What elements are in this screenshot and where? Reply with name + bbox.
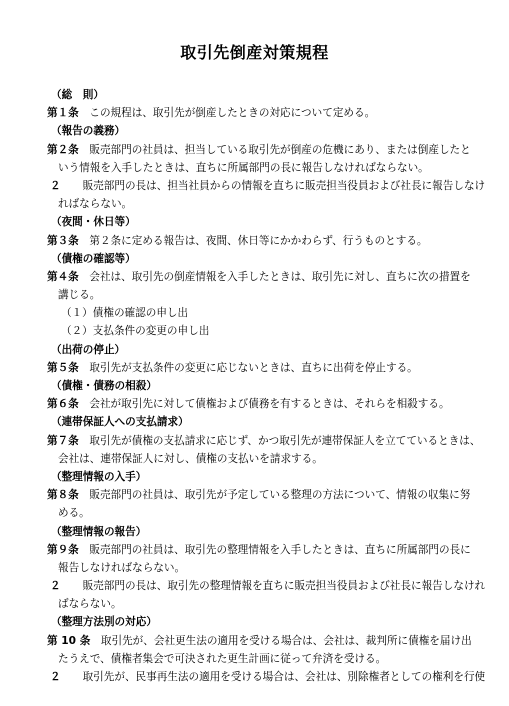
article-line: 第７条 取引先が債権の支払請求に応じず、かつ取引先が連帯保証人を立てているときは… <box>47 432 447 450</box>
article-number: 第１条 <box>47 104 79 122</box>
article-line: 第２条 販売部門の社員は、担当している取引先が倒産の危機にあり、または倒産したと <box>47 141 447 159</box>
paragraph-number: ２ <box>47 177 72 195</box>
section-heading: （出荷の停止） <box>47 341 447 359</box>
continuation-line: ればならない。 <box>47 195 447 213</box>
article-line: 第６条 会社が取引先に対して債権および債務を有するときは、それらを相殺する。 <box>47 395 447 413</box>
article-line: 第３条 第２条に定める報告は、夜間、休日等にかかわらず、行うものとする。 <box>47 232 447 250</box>
document-title: 取引先倒産対策規程 <box>0 40 509 63</box>
article-number: 第６条 <box>47 395 79 413</box>
paragraph-text: 販売部門の長は、担当社員からの情報を直ちに販売担当役員および社長に報告しなけ <box>72 180 485 192</box>
article-text: この規程は、取引先が倒産したときの対応について定める。 <box>79 107 375 119</box>
article-line: 第４条 会社は、取引先の倒産情報を入手したときは、取引先に対し、直ちに次の措置を <box>47 268 447 286</box>
article-line: 第８条 販売部門の社員は、取引先が予定している整理の方法について、情報の収集に努 <box>47 486 447 504</box>
document-body: （総 則）第１条 この規程は、取引先が倒産したときの対応について定める。（報告の… <box>47 86 447 686</box>
article-number: 第５条 <box>47 359 79 377</box>
article-text: 会社が取引先に対して債権および債務を有するときは、それらを相殺する。 <box>79 398 450 410</box>
article-number: 第４条 <box>47 268 79 286</box>
article-number: 第３条 <box>47 232 79 250</box>
continuation-line: 報告しなければならない。 <box>47 559 447 577</box>
continuation-line: める。 <box>47 504 447 522</box>
paragraph-number: ２ <box>47 577 72 595</box>
list-item: （２）支払条件の変更の申し出 <box>47 322 447 340</box>
article-number: 第７条 <box>47 432 79 450</box>
article-text: 第２条に定める報告は、夜間、休日等にかかわらず、行うものとする。 <box>79 235 428 247</box>
paragraph-line: ２ 取引先が、民事再生法の適用を受ける場合は、会社は、別除権者としての権利を行使 <box>47 668 447 686</box>
list-item: （１）債権の確認の申し出 <box>47 304 447 322</box>
document-page: 取引先倒産対策規程 （総 則）第１条 この規程は、取引先が倒産したときの対応につ… <box>0 0 509 706</box>
section-heading: （連帯保証人への支払請求） <box>47 413 447 431</box>
section-heading: （整理情報の報告） <box>47 523 447 541</box>
continuation-line: 会社は、連帯保証人に対し、債権の支払いを請求する。 <box>47 450 447 468</box>
article-text: 取引先が、会社更生法の適用を受ける場合は、会社は、裁判所に債権を届け出 <box>90 635 471 647</box>
article-line: 第９条 販売部門の社員は、取引先の整理情報を入手したときは、直ちに所属部門の長に <box>47 541 447 559</box>
paragraph-line: ２ 販売部門の長は、取引先の整理情報を直ちに販売担当役員および社長に報告しなけれ <box>47 577 447 595</box>
continuation-line: ばならない。 <box>47 595 447 613</box>
continuation-line: いう情報を入手したときは、直ちに所属部門の長に報告しなければならない。 <box>47 159 447 177</box>
continuation-line: 講じる。 <box>47 286 447 304</box>
section-heading: （債権の確認等） <box>47 250 447 268</box>
section-heading: （総 則） <box>47 86 447 104</box>
article-text: 販売部門の社員は、取引先の整理情報を入手したときは、直ちに所属部門の長に <box>79 544 471 556</box>
paragraph-text: 取引先が、民事再生法の適用を受ける場合は、会社は、別除権者としての権利を行使 <box>72 671 485 683</box>
section-heading: （報告の義務） <box>47 122 447 140</box>
article-text: 販売部門の社員は、担当している取引先が倒産の危機にあり、または倒産したと <box>79 144 471 156</box>
article-number: 第 10 条 <box>47 632 90 650</box>
continuation-line: たうえで、債権者集会で可決された更生計画に従って弁済を受ける。 <box>47 650 447 668</box>
article-line: 第５条 取引先が支払条件の変更に応じないときは、直ちに出荷を停止する。 <box>47 359 447 377</box>
article-line: 第 10 条 取引先が、会社更生法の適用を受ける場合は、会社は、裁判所に債権を届… <box>47 632 447 650</box>
paragraph-line: ２ 販売部門の長は、担当社員からの情報を直ちに販売担当役員および社長に報告しなけ <box>47 177 447 195</box>
article-text: 取引先が支払条件の変更に応じないときは、直ちに出荷を停止する。 <box>79 362 418 374</box>
paragraph-number: ２ <box>47 668 72 686</box>
article-text: 販売部門の社員は、取引先が予定している整理の方法について、情報の収集に努 <box>79 489 471 501</box>
paragraph-text: 販売部門の長は、取引先の整理情報を直ちに販売担当役員および社長に報告しなけれ <box>72 580 485 592</box>
section-heading: （債権・債務の相殺） <box>47 377 447 395</box>
section-heading: （整理方法別の対応） <box>47 613 447 631</box>
article-number: 第９条 <box>47 541 79 559</box>
article-number: 第２条 <box>47 141 79 159</box>
section-heading: （夜間・休日等） <box>47 213 447 231</box>
article-line: 第１条 この規程は、取引先が倒産したときの対応について定める。 <box>47 104 447 122</box>
article-text: 会社は、取引先の倒産情報を入手したときは、取引先に対し、直ちに次の措置を <box>79 271 471 283</box>
article-number: 第８条 <box>47 486 79 504</box>
article-text: 取引先が債権の支払請求に応じず、かつ取引先が連帯保証人を立てているときは、 <box>79 435 481 447</box>
section-heading: （整理情報の入手） <box>47 468 447 486</box>
